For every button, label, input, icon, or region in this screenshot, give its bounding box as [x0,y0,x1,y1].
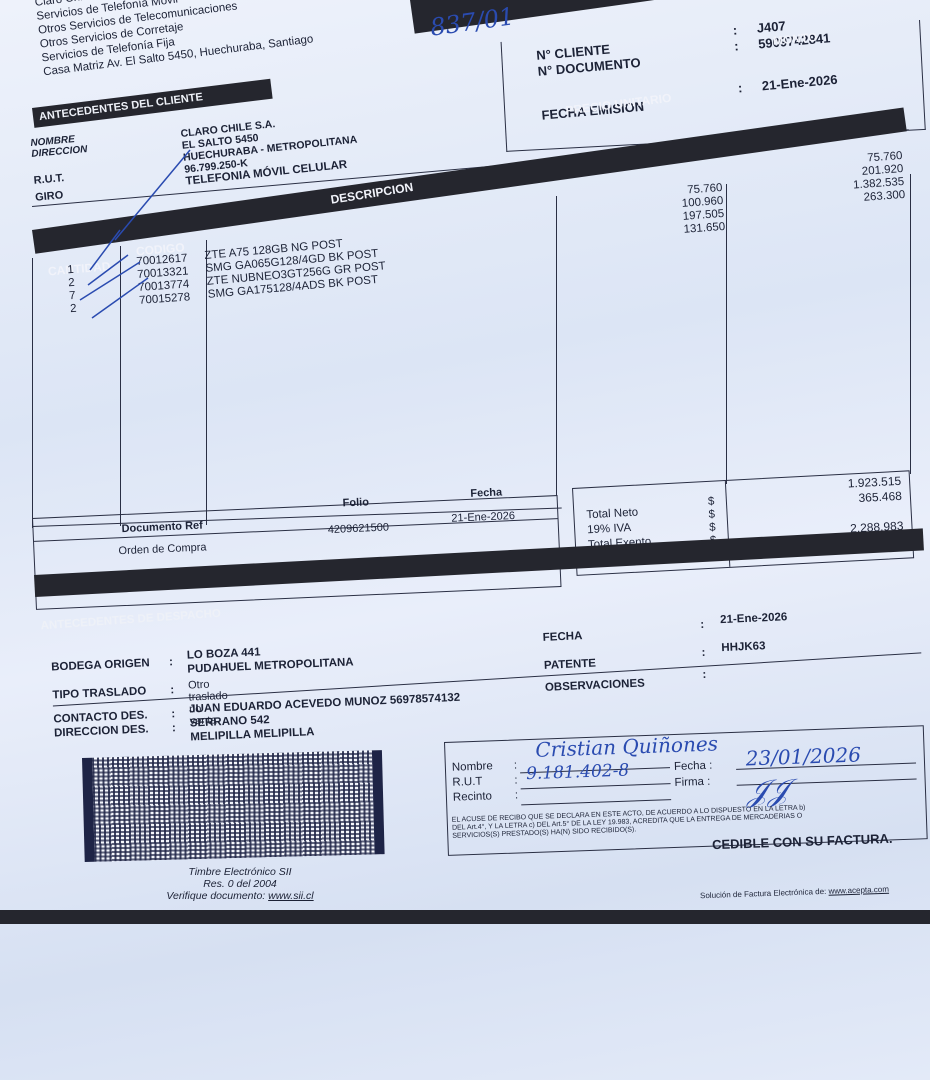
invoice-page: Claro Chile Servicios de Telefonía Móvil… [0,0,930,1080]
pen-marks [0,0,930,1080]
